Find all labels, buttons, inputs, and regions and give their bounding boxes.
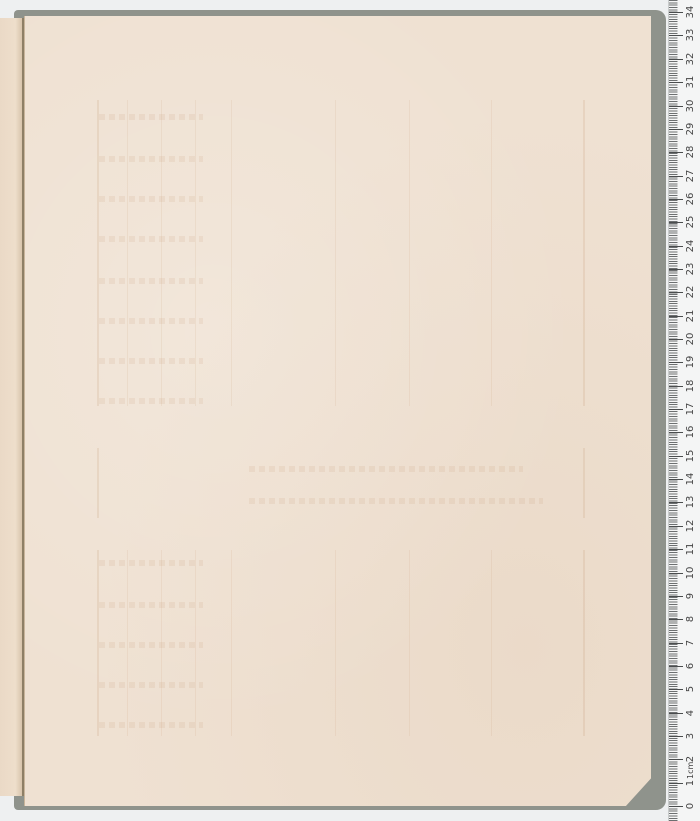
ruler-major-tick: [669, 573, 683, 574]
ruler-number: 30: [685, 98, 697, 114]
ruler-number: 7: [685, 635, 697, 651]
ruler-number: 12: [685, 518, 697, 534]
ruler-major-tick: [669, 456, 683, 457]
ruler-major-tick: [669, 269, 683, 270]
ruler-major-tick: [669, 316, 683, 317]
ruler-ticks: [669, 0, 683, 821]
ruler-major-tick: [669, 596, 683, 597]
ruler-major-tick: [669, 129, 683, 130]
ruler-number: 33: [685, 27, 697, 43]
ruler-number: 34: [685, 4, 697, 20]
ruler-major-tick: [669, 35, 683, 36]
ruler-major-tick: [669, 362, 683, 363]
ruler-major-tick: [669, 736, 683, 737]
ruler-number: 15: [685, 448, 697, 464]
ruler-number: 31: [685, 74, 697, 90]
ruler-major-tick: [669, 409, 683, 410]
ruler-number: 22: [685, 284, 697, 300]
ruler-major-tick: [669, 502, 683, 503]
bleed-through-table-top: [97, 100, 585, 406]
ruler-number: 3: [685, 728, 697, 744]
ruler-major-tick: [669, 759, 683, 760]
ruler-major-tick: [669, 246, 683, 247]
ruler-number: 10: [685, 565, 697, 581]
ruler-number: 18: [685, 378, 697, 394]
ruler-number: 32: [685, 51, 697, 67]
ruler-number: 16: [685, 424, 697, 440]
ruler-number: 21: [685, 308, 697, 324]
ruler-major-tick: [669, 292, 683, 293]
ruler-major-tick: [669, 432, 683, 433]
ruler-number: 14: [685, 471, 697, 487]
ruler-number: 8: [685, 611, 697, 627]
ruler-number: 26: [685, 191, 697, 207]
ruler-number: 11: [685, 541, 697, 557]
ruler-number: 0: [685, 798, 697, 814]
ruler-number: 13: [685, 494, 697, 510]
ruler-major-tick: [669, 479, 683, 480]
facing-page-edge: [0, 18, 24, 796]
ruler-number: 17: [685, 401, 697, 417]
ruler-major-tick: [669, 152, 683, 153]
ruler-major-tick: [669, 106, 683, 107]
ruler-number: 25: [685, 214, 697, 230]
ruler-major-tick: [669, 619, 683, 620]
ruler-major-tick: [669, 783, 683, 784]
ruler-number: 4: [685, 705, 697, 721]
ruler-number: 27: [685, 168, 697, 184]
ruler-number: 5: [685, 681, 697, 697]
ruler-major-tick: [669, 82, 683, 83]
ruler-unit-label: 1cm: [685, 763, 697, 779]
ruler-major-tick: [669, 59, 683, 60]
ruler-major-tick: [669, 666, 683, 667]
ruler-major-tick: [669, 386, 683, 387]
ruler-number: 9: [685, 588, 697, 604]
ruler-number: 29: [685, 121, 697, 137]
bleed-through-table-middle: [97, 448, 585, 518]
ruler-major-tick: [669, 806, 683, 807]
ruler-major-tick: [669, 12, 683, 13]
ruler-number: 23: [685, 261, 697, 277]
book-page: [24, 16, 651, 806]
measurement-ruler: 0123456789101112131415161718192021222324…: [668, 0, 700, 821]
ruler-major-tick: [669, 526, 683, 527]
ruler-major-tick: [669, 222, 683, 223]
ruler-major-tick: [669, 549, 683, 550]
ruler-major-tick: [669, 339, 683, 340]
ruler-number: 28: [685, 144, 697, 160]
ruler-major-tick: [669, 176, 683, 177]
ruler-major-tick: [669, 713, 683, 714]
ruler-number: 20: [685, 331, 697, 347]
ruler-number: 24: [685, 238, 697, 254]
ruler-major-tick: [669, 643, 683, 644]
ruler-major-tick: [669, 689, 683, 690]
ruler-major-tick: [669, 199, 683, 200]
ruler-number: 6: [685, 658, 697, 674]
ruler-number: 19: [685, 354, 697, 370]
bleed-through-table-bottom: [97, 550, 585, 736]
